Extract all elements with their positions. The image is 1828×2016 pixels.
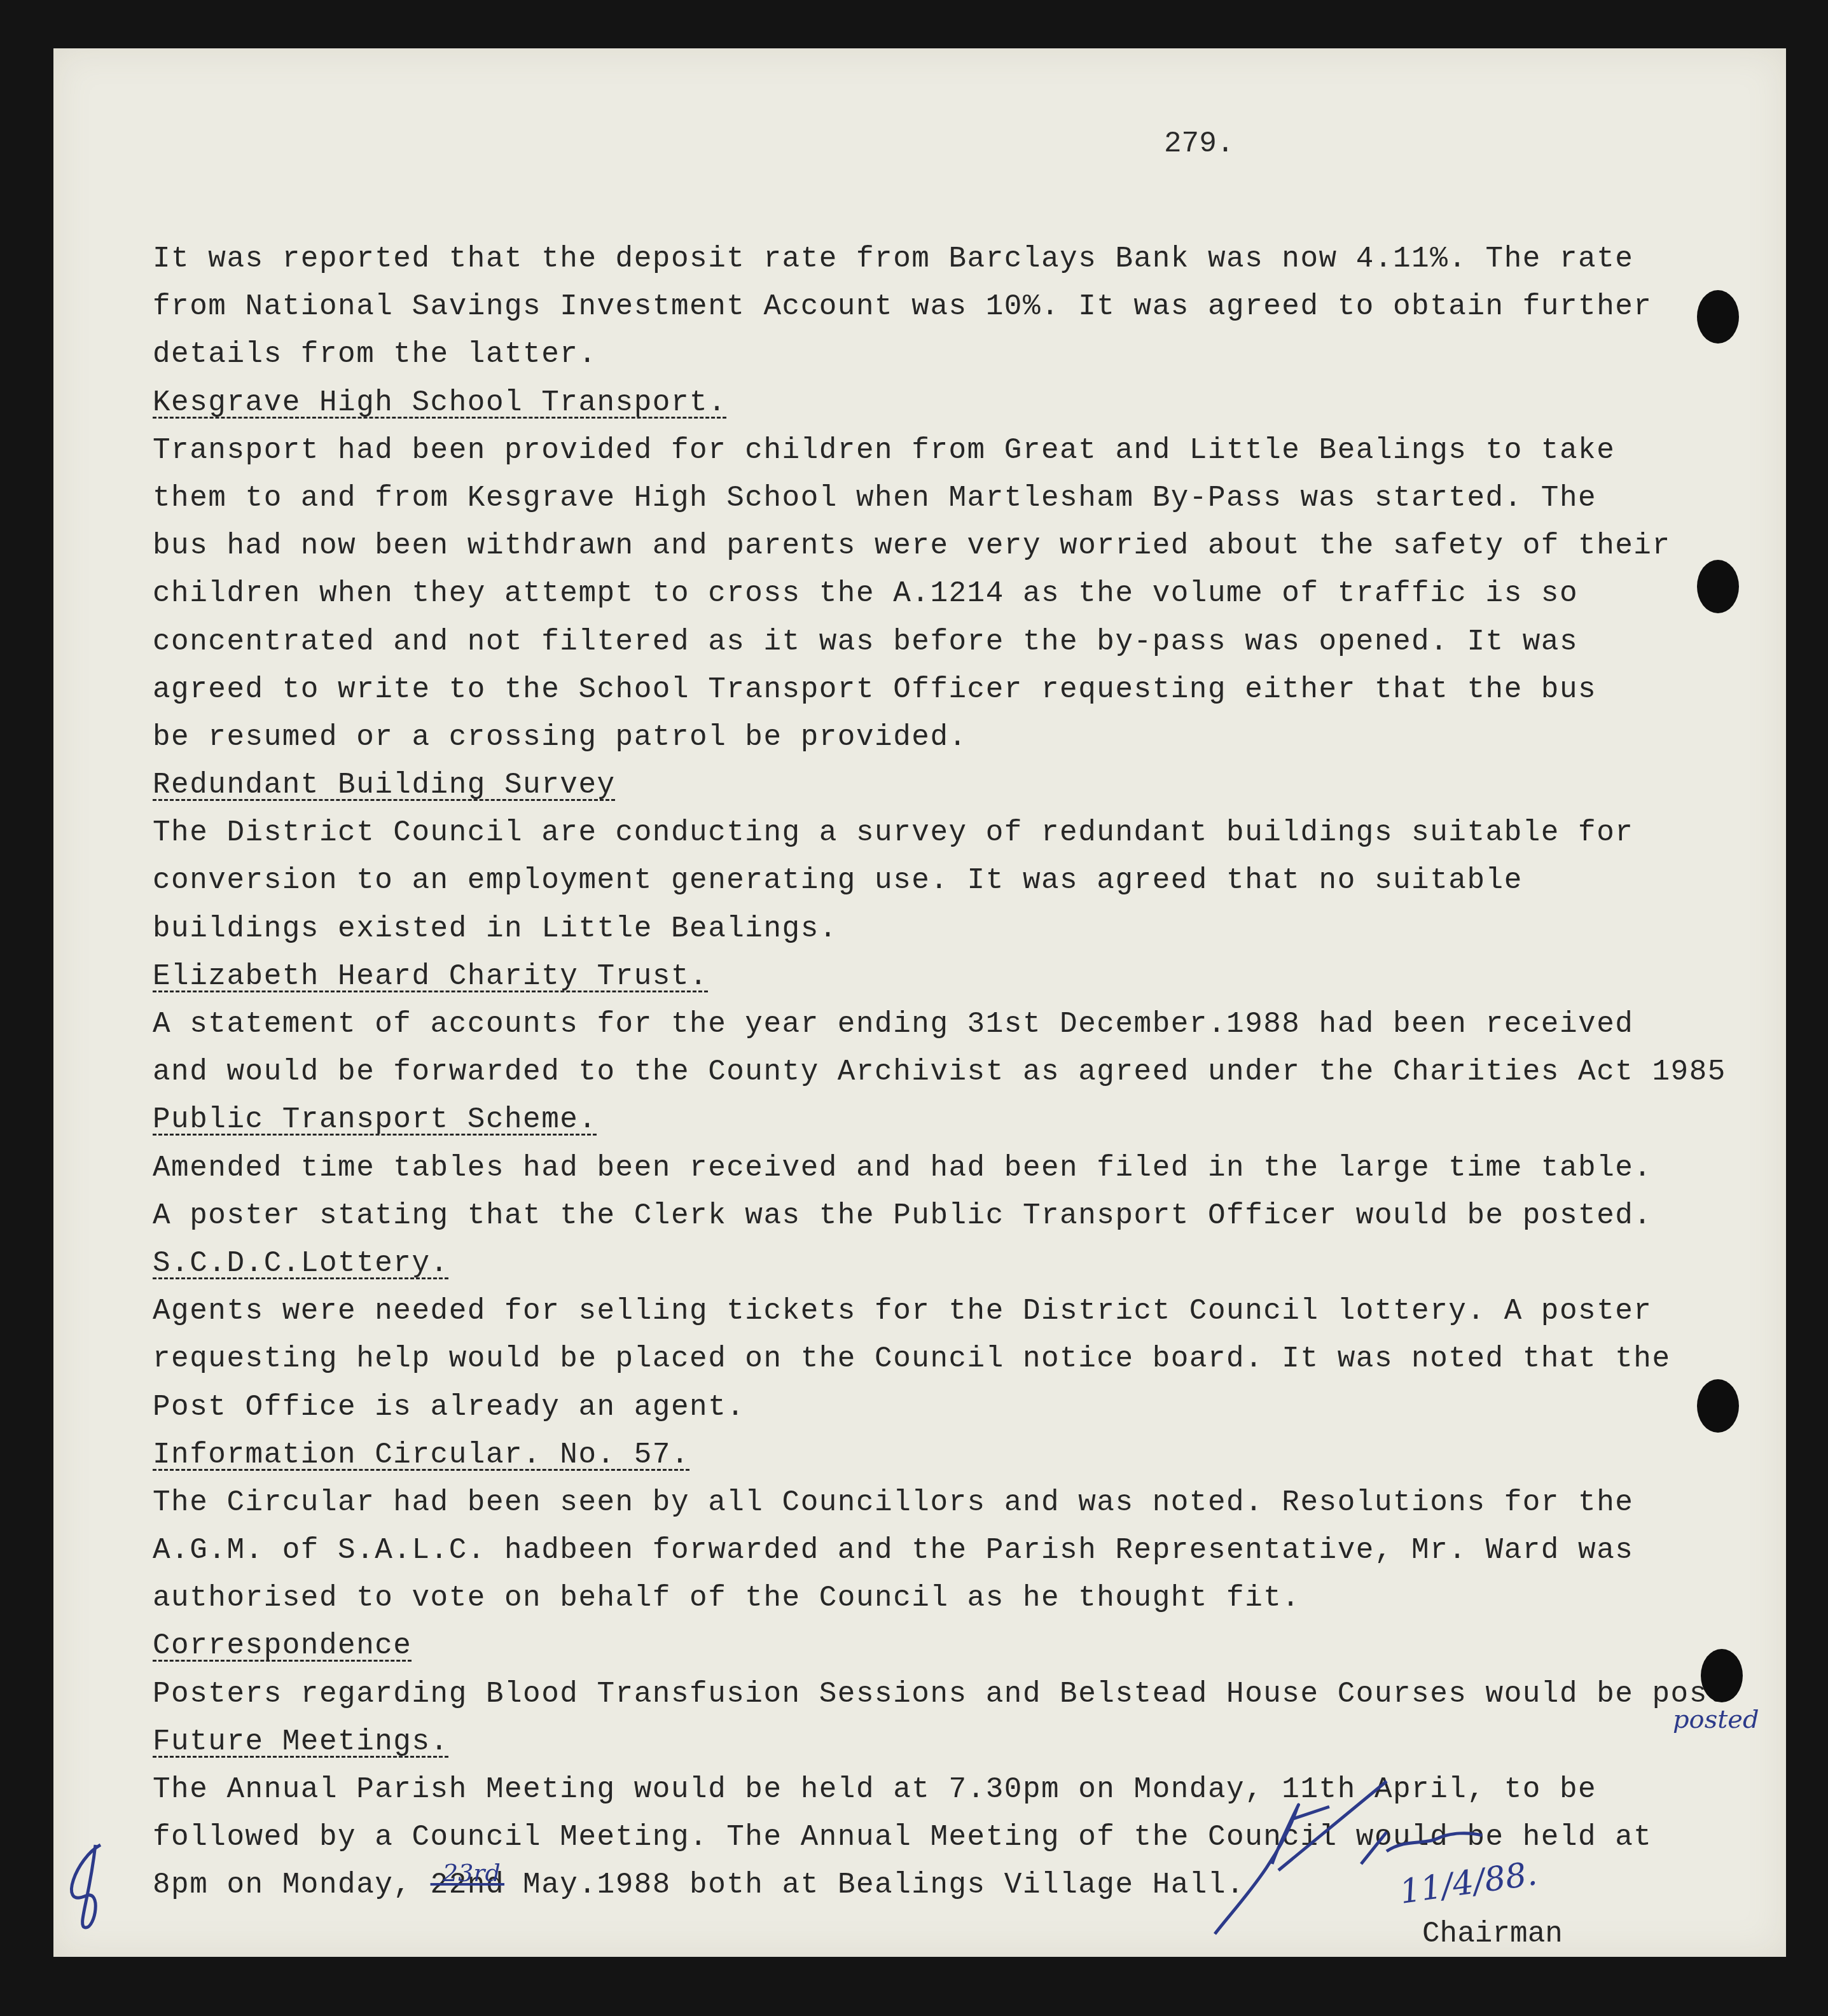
line-text: May.1988 both at Bealings Village Hall.: [504, 1868, 1245, 1901]
body-line: agreed to write to the School Transport …: [153, 666, 1806, 714]
initials-mark-icon: [51, 1832, 127, 1934]
line-text: be resumed or a crossing patrol be provi…: [153, 721, 967, 754]
line-text: A.G.M. of S.A.L.C. hadbeen forwarded and…: [153, 1534, 1633, 1567]
line-text: The Circular had been seen by all Counci…: [153, 1486, 1633, 1519]
line-text: bus had now been withdrawn and parents w…: [153, 529, 1671, 562]
body-line: Agents were needed for selling tickets f…: [153, 1288, 1806, 1335]
line-text: Posters regarding Blood Transfusion Sess…: [153, 1678, 1726, 1711]
line-text: children when they attempt to cross the …: [153, 577, 1578, 610]
signature-label: Chairman: [1422, 1917, 1563, 1950]
body-line: from National Savings Investment Account…: [153, 283, 1806, 331]
punch-hole: [1701, 1649, 1743, 1702]
body-line: conversion to an employment generating u…: [153, 857, 1806, 905]
line-text: A statement of accounts for the year end…: [153, 1008, 1633, 1041]
line-text: It was reported that the deposit rate fr…: [153, 242, 1633, 275]
page-number: 279.: [1164, 127, 1234, 160]
section-heading: Information Circular. No. 57.: [153, 1431, 1806, 1479]
section-heading: Redundant Building Survey: [153, 761, 1806, 809]
line-text: Correspondence: [153, 1629, 412, 1662]
section-heading: Correspondence: [153, 1622, 1806, 1670]
line-text: Kesgrave High School Transport.: [153, 386, 726, 419]
line-text: concentrated and not filtered as it was …: [153, 625, 1578, 658]
line-text: Future Meetings.: [153, 1725, 449, 1758]
body-line: A poster stating that the Clerk was the …: [153, 1192, 1806, 1240]
body-line: The Circular had been seen by all Counci…: [153, 1479, 1806, 1527]
line-text: Information Circular. No. 57.: [153, 1438, 689, 1471]
line-text: and would be forwarded to the County Arc…: [153, 1055, 1726, 1088]
body-line: Amended time tables had been received an…: [153, 1144, 1806, 1192]
body-line: bus had now been withdrawn and parents w…: [153, 522, 1806, 570]
line-text: conversion to an employment generating u…: [153, 864, 1523, 897]
line-text: The District Council are conducting a su…: [153, 816, 1633, 849]
body-line: requesting help would be placed on the C…: [153, 1335, 1806, 1383]
body-line: The District Council are conducting a su…: [153, 809, 1806, 857]
body-line: concentrated and not filtered as it was …: [153, 618, 1806, 666]
line-text: Public Transport Scheme.: [153, 1103, 597, 1136]
line-text: Amended time tables had been received an…: [153, 1151, 1652, 1185]
line-text: A poster stating that the Clerk was the …: [153, 1199, 1652, 1232]
body-line: 8pm on Monday, 22nd May.1988 both at Bea…: [153, 1861, 1806, 1909]
line-text: buildings existed in Little Bealings.: [153, 912, 838, 945]
line-text: Agents were needed for selling tickets f…: [153, 1295, 1652, 1328]
section-heading: Elizabeth Heard Charity Trust.: [153, 953, 1806, 1001]
body-line: Posters regarding Blood Transfusion Sess…: [153, 1671, 1806, 1718]
line-text: Transport had been provided for children…: [153, 434, 1615, 467]
body-line: details from the latter.: [153, 331, 1806, 379]
body-line: and would be forwarded to the County Arc…: [153, 1048, 1806, 1096]
body-line: It was reported that the deposit rate fr…: [153, 235, 1806, 283]
line-text: Post Office is already an agent.: [153, 1391, 745, 1424]
body-line: A.G.M. of S.A.L.C. hadbeen forwarded and…: [153, 1527, 1806, 1575]
section-heading: Kesgrave High School Transport.: [153, 379, 1806, 427]
line-text: S.C.D.C.Lottery.: [153, 1247, 449, 1280]
section-heading: Public Transport Scheme.: [153, 1096, 1806, 1144]
line-text: authorised to vote on behalf of the Coun…: [153, 1582, 1300, 1615]
line-text: from National Savings Investment Account…: [153, 290, 1652, 323]
body-line: be resumed or a crossing patrol be provi…: [153, 714, 1806, 761]
punch-hole: [1697, 1379, 1739, 1433]
line-text: them to and from Kesgrave High School wh…: [153, 482, 1596, 515]
body-line: authorised to vote on behalf of the Coun…: [153, 1575, 1806, 1622]
body-line: The Annual Parish Meeting would be held …: [153, 1766, 1806, 1814]
line-text: requesting help would be placed on the C…: [153, 1342, 1671, 1375]
punch-hole: [1697, 290, 1739, 344]
minutes-body: It was reported that the deposit rate fr…: [153, 235, 1806, 1910]
body-line: Post Office is already an agent.: [153, 1384, 1806, 1431]
line-text: 8pm on Monday,: [153, 1868, 431, 1901]
body-line: A statement of accounts for the year end…: [153, 1001, 1806, 1048]
line-text: Redundant Building Survey: [153, 768, 616, 802]
line-text: details from the latter.: [153, 338, 597, 371]
line-text: agreed to write to the School Transport …: [153, 673, 1596, 706]
section-heading: Future Meetings.: [153, 1718, 1806, 1766]
body-line: them to and from Kesgrave High School wh…: [153, 475, 1806, 522]
body-line: children when they attempt to cross the …: [153, 570, 1806, 618]
punch-hole: [1697, 560, 1739, 613]
body-line: followed by a Council Meeting. The Annua…: [153, 1814, 1806, 1861]
handwritten-date-correction: 23rd: [443, 1859, 501, 1887]
handwritten-posted: posted: [1673, 1705, 1759, 1734]
body-line: buildings existed in Little Bealings.: [153, 905, 1806, 953]
section-heading: S.C.D.C.Lottery.: [153, 1240, 1806, 1288]
line-text: Elizabeth Heard Charity Trust.: [153, 960, 708, 993]
body-line: Transport had been provided for children…: [153, 427, 1806, 475]
